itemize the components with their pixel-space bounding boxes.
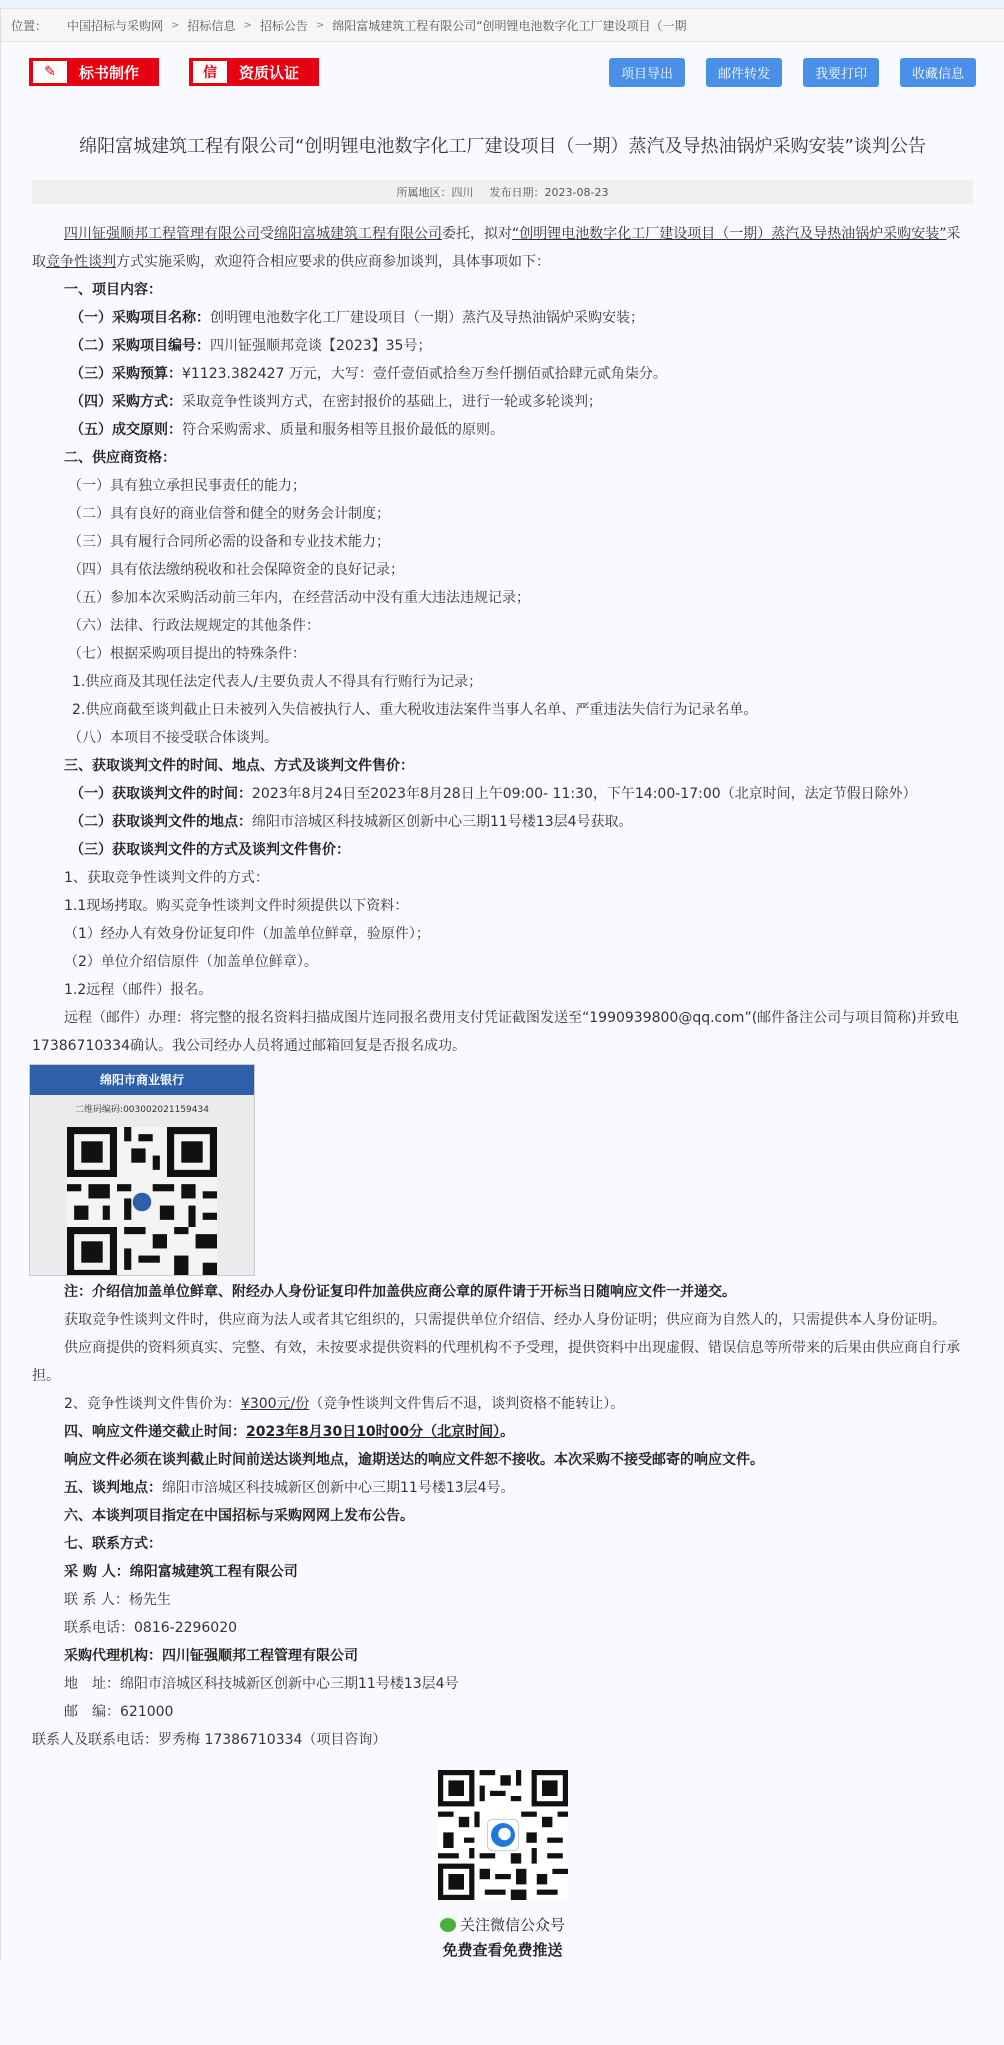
list-item: （二）获取谈判文件的地点：绵阳市涪城区科技城新区创新中心三期11号楼13层4号获… (32, 808, 972, 836)
list-item: （2）单位介绍信原件（加盖单位鲜章）。 (32, 948, 972, 976)
list-item: （一）具有独立承担民事责任的能力； (32, 472, 972, 500)
agency-address: 地 址：绵阳市涪城区科技城新区创新中心三期11号楼13层4号 (32, 1670, 972, 1698)
page-title: 绵阳富城建筑工程有限公司“创明锂电池数字化工厂建设项目（一期）蒸汽及导热油锅炉采… (1, 102, 1004, 180)
list-item: （1）经办人有效身份证复印件（加盖单位鲜章，验原件）； (32, 920, 972, 948)
list-item: （三）具有履行合同所必需的设备和专业技术能力； (32, 528, 972, 556)
list-item: （七）根据采购项目提出的特殊条件： (32, 640, 972, 668)
remote-instructions: 远程（邮件）办理：将完整的报名资料扫描成图片连同报名费用支付凭证截图发送至“19… (32, 1004, 972, 1060)
list-item: （一）获取谈判文件的时间：2023年8月24日至2023年8月28日上午09:0… (32, 780, 972, 808)
section-heading: 二、供应商资格： (32, 444, 972, 472)
list-item: （八）本项目不接受联合体谈判。 (32, 724, 972, 752)
qualification-badge[interactable]: 信 资质认证 (189, 58, 319, 86)
buyer-line: 采 购 人：绵阳富城建筑工程有限公司 (32, 1558, 972, 1586)
badge-label: 标书制作 (79, 62, 139, 83)
list-item: （三）采购预算：¥1123.382427 万元，大写：壹仟壹佰贰拾叁万叁仟捌佰贰… (32, 360, 972, 388)
region: 所属地区：四川 (397, 184, 474, 200)
email-forward-button[interactable]: 邮件转发 (706, 58, 782, 87)
negotiation-location: 五、谈判地点：绵阳市涪城区科技城新区创新中心三期11号楼13层4号。 (32, 1474, 972, 1502)
article-body: 四川钲强顺邦工程管理有限公司受绵阳富城建筑工程有限公司委托，拟对“创明锂电池数字… (1, 204, 1004, 1754)
list-item: （二）具有良好的商业信誉和健全的财务会计制度； (32, 500, 972, 528)
xin-seal-icon: 信 (193, 61, 227, 83)
qr-code-number: 二维码编码:003002021159434 (30, 1103, 254, 1117)
contact-person: 联 系 人：杨先生 (32, 1586, 972, 1614)
price-line: 2、竞争性谈判文件售价为：¥300元/份（竞争性谈判文件售后不退，谈判资格不能转… (32, 1390, 972, 1418)
price-value: ¥300元/份 (241, 1396, 309, 1412)
breadcrumb-label: 位置： (11, 17, 47, 34)
list-item: 1.1现场拷取。购买竞争性谈判文件时须提供以下资料： (32, 892, 972, 920)
breadcrumb-bid-notice[interactable]: 招标公告 (260, 17, 308, 34)
export-project-button[interactable]: 项目导出 (609, 58, 685, 87)
wechat-qr-code-icon[interactable] (438, 1770, 568, 1900)
section-heading: 一、项目内容： (32, 276, 972, 304)
breadcrumb-bid-info[interactable]: 招标信息 (187, 17, 235, 34)
agency-line: 采购代理机构：四川钲强顺邦工程管理有限公司 (32, 1642, 972, 1670)
list-item: 1、获取竞争性谈判文件的方式： (32, 864, 972, 892)
list-item: （三）获取谈判文件的方式及谈判文件售价： (32, 836, 972, 864)
deadline-note: 响应文件必须在谈判截止时间前送达谈判地点，逾期送达的响应文件恕不接收。本次采购不… (32, 1446, 972, 1474)
section-heading: 七、联系方式： (32, 1530, 972, 1558)
list-item: 1.供应商及其现任法定代表人/主要负责人不得具有行贿行为记录； (32, 668, 972, 696)
breadcrumb-home[interactable]: 中国招标与采购网 (67, 17, 163, 34)
list-item: 1.2远程（邮件）报名。 (32, 976, 972, 1004)
favorite-button[interactable]: 收藏信息 (900, 58, 976, 87)
agent-contact: 联系人及联系电话：罗秀梅 17386710334（项目咨询） (32, 1726, 972, 1754)
agency-zip: 邮 编：621000 (32, 1698, 972, 1726)
top-strip (0, 0, 1004, 8)
section-heading: 三、获取谈判文件的时间、地点、方式及谈判文件售价： (32, 752, 972, 780)
list-item: （五）成交原则：符合采购需求、质量和服务相等且报价最低的原则。 (32, 416, 972, 444)
badge-label: 资质认证 (239, 62, 299, 83)
free-push-label: 免费查看免费推送 (1, 1939, 1004, 1960)
deadline-value: 2023年8月30日10时00分（北京时间） (246, 1424, 500, 1440)
section-heading: 六、本谈判项目指定在中国招标与采购网网上发布公告。 (32, 1502, 972, 1530)
payment-qr-image: 绵阳市商业银行 二维码编码:003002021159434 (29, 1064, 255, 1276)
contact-phone: 联系电话：0816-2296020 (32, 1614, 972, 1642)
book-pen-icon: ✎ (33, 61, 67, 83)
bank-logo: 绵阳市商业银行 (30, 1065, 254, 1095)
toolbar: ✎ 标书制作 信 资质认证 项目导出 邮件转发 我要打印 收藏信息 (1, 42, 1004, 102)
breadcrumb-separator-icon: > (171, 20, 179, 31)
breadcrumb: 位置： 中国招标与采购网 > 招标信息 > 招标公告 > 绵阳富城建筑工程有限公… (0, 8, 1004, 42)
list-item: （二）采购项目编号：四川钲强顺邦竞谈【2023】35号； (32, 332, 972, 360)
bid-writing-badge[interactable]: ✎ 标书制作 (29, 58, 159, 86)
paragraph: 获取竞争性谈判文件时，供应商为法人或者其它组织的，只需提供单位介绍信、经办人身份… (32, 1306, 972, 1334)
payment-qr-code-icon (67, 1127, 217, 1276)
list-item: （四）具有依法缴纳税收和社会保障资金的良好记录； (32, 556, 972, 584)
list-item: （六）法律、行政法规规定的其他条件： (32, 612, 972, 640)
deadline-line: 四、响应文件递交截止时间：2023年8月30日10时00分（北京时间）。 (32, 1418, 972, 1446)
breadcrumb-current: 绵阳富城建筑工程有限公司“创明锂电池数字化工厂建设项目（一期 (332, 17, 686, 34)
publish-date: 发布日期：2023-08-23 (490, 184, 609, 200)
article-meta: 所属地区：四川 发布日期：2023-08-23 (32, 180, 973, 204)
wechat-icon (440, 1918, 456, 1932)
list-item: （四）采购方式：采取竞争性谈判方式，在密封报价的基础上，进行一轮或多轮谈判； (32, 388, 972, 416)
breadcrumb-separator-icon: > (316, 20, 324, 31)
note: 注：介绍信加盖单位鲜章、附经办人身份证复印件加盖供应商公章的原件请于开标当日随响… (32, 1278, 972, 1306)
intro-paragraph: 四川钲强顺邦工程管理有限公司受绵阳富城建筑工程有限公司委托，拟对“创明锂电池数字… (32, 220, 972, 276)
list-item: （一）采购项目名称：创明锂电池数字化工厂建设项目（一期）蒸汽及导热油锅炉采购安装… (32, 304, 972, 332)
main-content: ✎ 标书制作 信 资质认证 项目导出 邮件转发 我要打印 收藏信息 绵阳富城建筑… (0, 42, 1004, 1960)
wechat-follow: 关注微信公众号 免费查看免费推送 (1, 1754, 1004, 1960)
print-button[interactable]: 我要打印 (803, 58, 879, 87)
list-item: 2.供应商截至谈判截止日未被列入失信被执行人、重大税收违法案件当事人名单、严重违… (32, 696, 972, 724)
list-item: （五）参加本次采购活动前三年内，在经营活动中没有重大违法违规记录； (32, 584, 972, 612)
breadcrumb-separator-icon: > (243, 20, 251, 31)
paragraph: 供应商提供的资料须真实、完整、有效，未按要求提供资料的代理机构不予受理，提供资料… (32, 1334, 972, 1390)
follow-wechat-label: 关注微信公众号 (1, 1914, 1004, 1935)
